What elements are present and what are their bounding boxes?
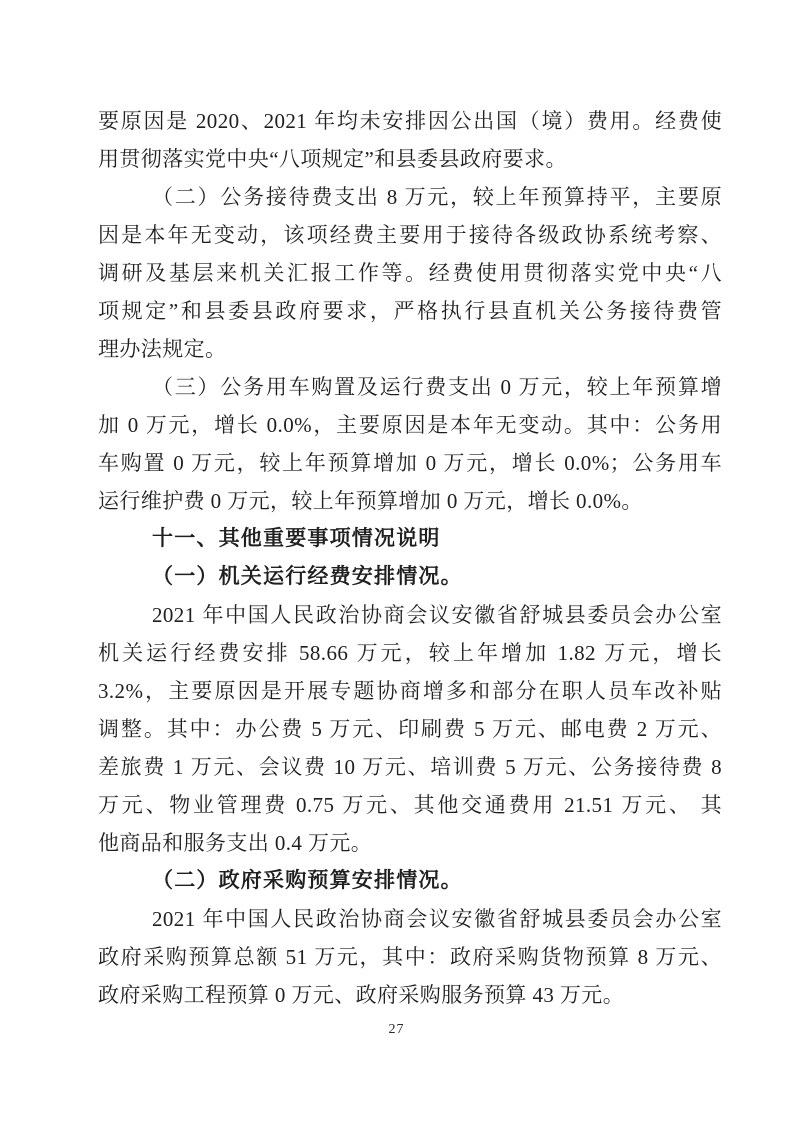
text-line: 因是本年无变动，该项经费主要用于接待各级政协系统考察、 xyxy=(98,216,722,254)
text-line: 运行维护费 0 万元，较上年预算增加 0 万元，增长 0.0%。 xyxy=(98,482,722,520)
text-line: 3.2%，主要原因是开展专题协商增多和部分在职人员车改补贴 xyxy=(98,672,722,710)
text-line: 用贯彻落实党中央“八项规定”和县委县政府要求。 xyxy=(98,140,722,178)
page-number: 27 xyxy=(0,1022,793,1038)
text-line: 理办法规定。 xyxy=(98,330,722,368)
document-page: 要原因是 2020、2021 年均未安排因公出国（境）费用。经费使用贯彻落实党中… xyxy=(0,0,793,1122)
text-line: 调整。其中：办公费 5 万元、印刷费 5 万元、邮电费 2 万元、 xyxy=(98,710,722,748)
text-line: 项规定”和县委县政府要求，严格执行县直机关公务接待费管 xyxy=(98,292,722,330)
text-line: 车购置 0 万元，较上年预算增加 0 万元，增长 0.0%；公务用车 xyxy=(98,444,722,482)
heading-line: 十一、其他重要事项情况说明 xyxy=(98,520,722,558)
text-line: （二）公务接待费支出 8 万元，较上年预算持平，主要原 xyxy=(98,178,722,216)
text-line: 调研及基层来机关汇报工作等。经费使用贯彻落实党中央“八 xyxy=(98,254,722,292)
document-body: 要原因是 2020、2021 年均未安排因公出国（境）费用。经费使用贯彻落实党中… xyxy=(98,102,722,1014)
heading-line: （二）政府采购预算安排情况。 xyxy=(98,862,722,900)
text-line: 他商品和服务支出 0.4 万元。 xyxy=(98,824,722,862)
text-line: 加 0 万元，增长 0.0%，主要原因是本年无变动。其中：公务用 xyxy=(98,406,722,444)
text-line: 政府采购工程预算 0 万元、政府采购服务预算 43 万元。 xyxy=(98,976,722,1014)
heading-line: （一）机关运行经费安排情况。 xyxy=(98,558,722,596)
text-line: 2021 年中国人民政治协商会议安徽省舒城县委员会办公室 xyxy=(98,596,722,634)
text-line: （三）公务用车购置及运行费支出 0 万元，较上年预算增 xyxy=(98,368,722,406)
text-line: 差旅费 1 万元、会议费 10 万元、培训费 5 万元、公务接待费 8 xyxy=(98,748,722,786)
text-line: 要原因是 2020、2021 年均未安排因公出国（境）费用。经费使 xyxy=(98,102,722,140)
text-line: 机关运行经费安排 58.66 万元，较上年增加 1.82 万元，增长 xyxy=(98,634,722,672)
text-line: 政府采购预算总额 51 万元，其中：政府采购货物预算 8 万元、 xyxy=(98,938,722,976)
text-line: 万元、物业管理费 0.75 万元、其他交通费用 21.51 万元、 其 xyxy=(98,786,722,824)
text-line: 2021 年中国人民政治协商会议安徽省舒城县委员会办公室 xyxy=(98,900,722,938)
